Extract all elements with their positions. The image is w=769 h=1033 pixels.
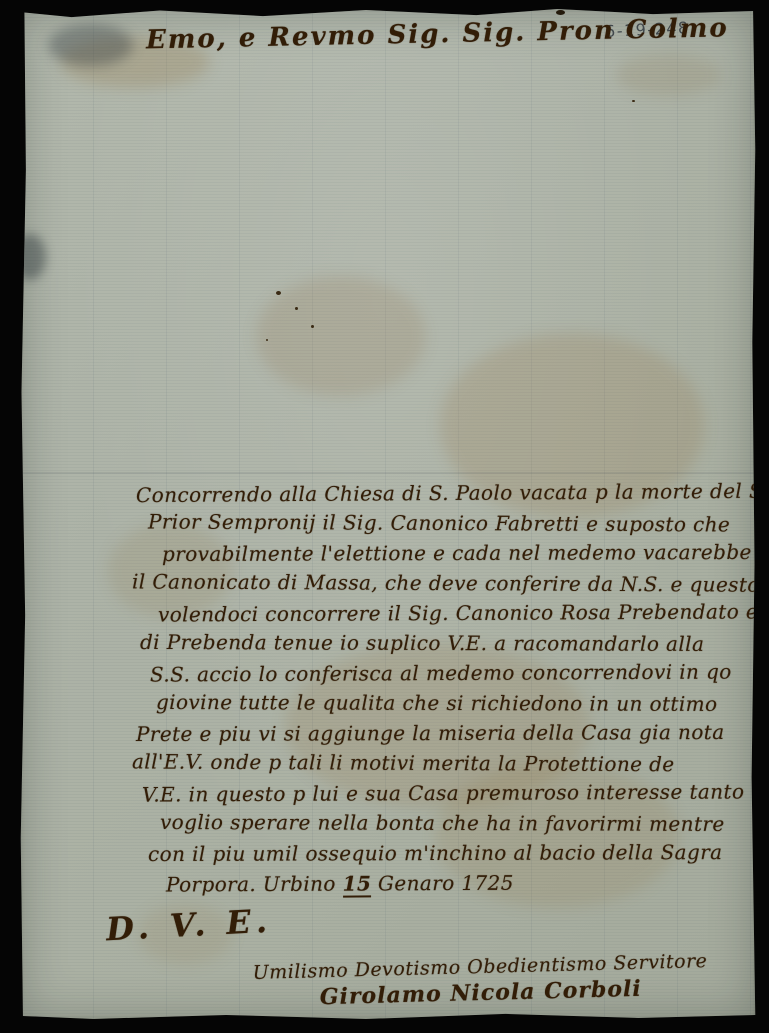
dateline-month-year: Genaro 1725 [371, 871, 514, 896]
body-line: Prete e piu vi si aggiunge la miseria de… [136, 717, 742, 749]
ink-speck [311, 325, 314, 328]
body-line: provabilmente l'elettione e cada nel med… [162, 537, 742, 569]
signature-block: Umilismo Devotismo Obedientismo Servitor… [253, 950, 709, 1012]
body-line: giovine tutte le qualita che si richiedo… [156, 687, 742, 719]
body-line: Concorrendo alla Chiesa di S. Paolo vaca… [136, 476, 742, 510]
closing-abbreviation: D. V. E. [105, 902, 273, 949]
scan-background: { "archive_label": "6-19-248", "letter":… [0, 0, 769, 1033]
dateline-place: Porpora. Urbino [166, 872, 343, 897]
ink-speck [632, 100, 635, 102]
letter-salutation: Emo, e Revmo Sig. Sig. Pron Colmo [146, 17, 567, 56]
edge-smudge [48, 24, 133, 66]
edge-smudge [14, 234, 46, 280]
manuscript-page: 6-19-248 Emo, e Revmo Sig. Sig. Pron Col… [20, 8, 756, 1020]
ink-speck [266, 339, 268, 341]
dateline-day: 15 [343, 871, 372, 897]
dateline: Porpora. Urbino 15 Genaro 1725 [166, 866, 742, 899]
body-line: il Canonicato di Massa, che deve conferi… [132, 566, 742, 599]
ink-speck [276, 291, 281, 295]
ink-speck [295, 307, 298, 310]
letter-body: Concorrendo alla Chiesa di S. Paolo vaca… [132, 478, 742, 898]
body-line: all'E.V. onde p tali li motivi merita la… [132, 746, 742, 779]
body-line: volendoci concorrere il Sig. Canonico Ro… [158, 596, 742, 629]
body-line: con il piu umil ossequio m'inchino al ba… [148, 837, 742, 869]
body-line: V.E. in questo p lui e sua Casa premuros… [142, 776, 742, 809]
body-line: voglio sperare nella bonta che ha in fav… [160, 807, 742, 839]
foxing-stain [256, 276, 426, 396]
fold-line [20, 472, 756, 474]
body-line: di Prebenda tenue io suplico V.E. a raco… [140, 627, 742, 659]
ink-speck [556, 10, 565, 15]
body-line: Prior Sempronij il Sig. Canonico Fabrett… [148, 506, 742, 539]
foxing-stain [616, 54, 721, 96]
body-line: S.S. accio lo conferisca al medemo conco… [150, 656, 742, 689]
